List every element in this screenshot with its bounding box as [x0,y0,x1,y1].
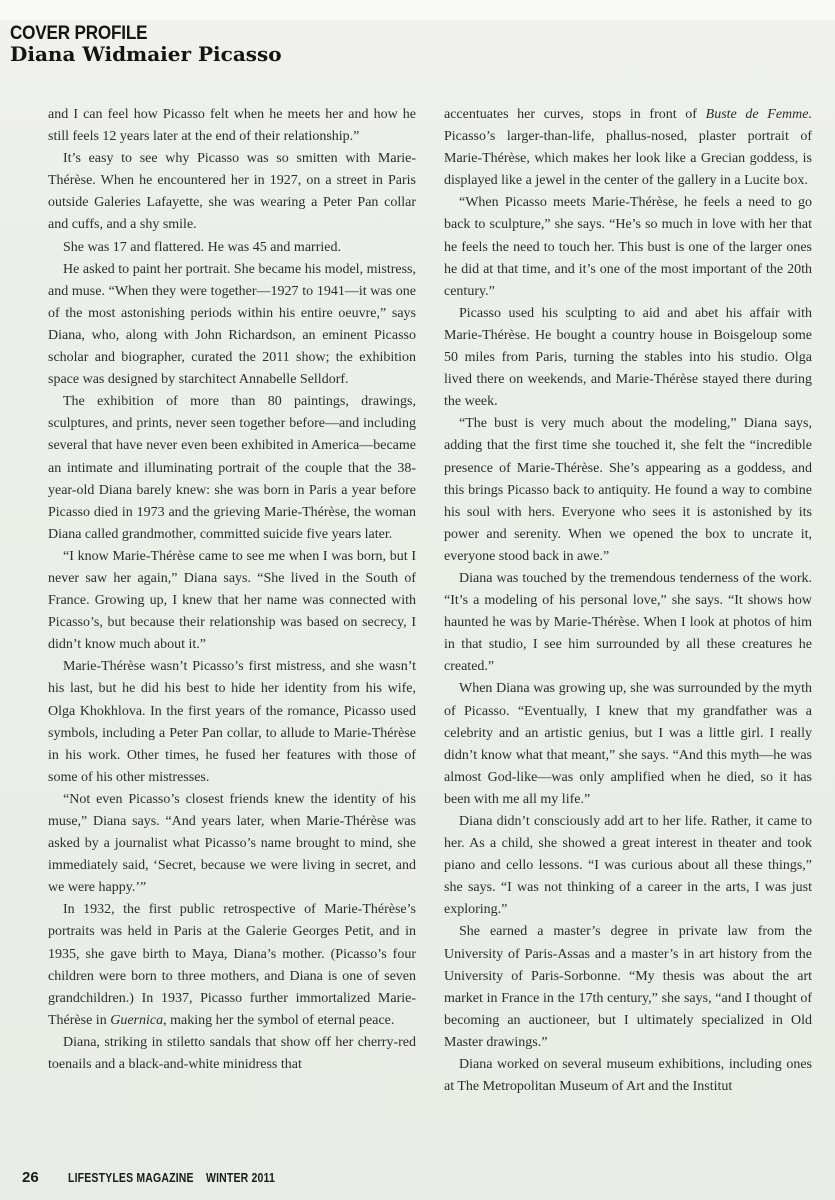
scan-edge [0,0,835,20]
paragraph: In 1932, the first public retrospective … [48,899,416,1032]
paragraph: accentuates her curves, stops in front o… [444,104,812,192]
paragraph: Diana didn’t consciously add art to her … [444,811,812,921]
paragraph: Diana worked on several museum exhibitio… [444,1054,812,1098]
paragraph: “Not even Picasso’s closest friends knew… [48,789,416,899]
paragraph: “When Picasso meets Marie-Thérèse, he fe… [444,192,812,302]
article-column-right: accentuates her curves, stops in front o… [444,104,812,1172]
magazine-page: COVER PROFILE Diana Widmaier Picasso and… [0,20,835,1200]
paragraph: “The bust is very much about the modelin… [444,413,812,568]
paragraph: Picasso used his sculpting to aid and ab… [444,303,812,413]
paragraph: Marie-Thérèse wasn’t Picasso’s first mis… [48,656,416,789]
article-column-left: and I can feel how Picasso felt when he … [48,104,416,1172]
paragraph: “I know Marie-Thérèse came to see me whe… [48,546,416,656]
paragraph: Diana was touched by the tremendous tend… [444,568,812,678]
paragraph: Diana, striking in stiletto sandals that… [48,1032,416,1076]
paragraph: She earned a master’s degree in private … [444,921,812,1054]
article-title: Diana Widmaier Picasso [10,43,282,65]
issue-date: WINTER 2011 [206,1172,275,1185]
page-number: 26 [22,1170,39,1185]
paragraph: It’s easy to see why Picasso was so smit… [48,148,416,236]
paragraph: He asked to paint her portrait. She beca… [48,259,416,392]
magazine-name: LIFESTYLES MAGAZINE [68,1172,194,1185]
paragraph: She was 17 and flattered. He was 45 and … [48,237,416,259]
paragraph: When Diana was growing up, she was surro… [444,678,812,811]
article-kicker: COVER PROFILE [10,24,147,43]
paragraph: and I can feel how Picasso felt when he … [48,104,416,148]
paragraph: The exhibition of more than 80 paintings… [48,391,416,546]
